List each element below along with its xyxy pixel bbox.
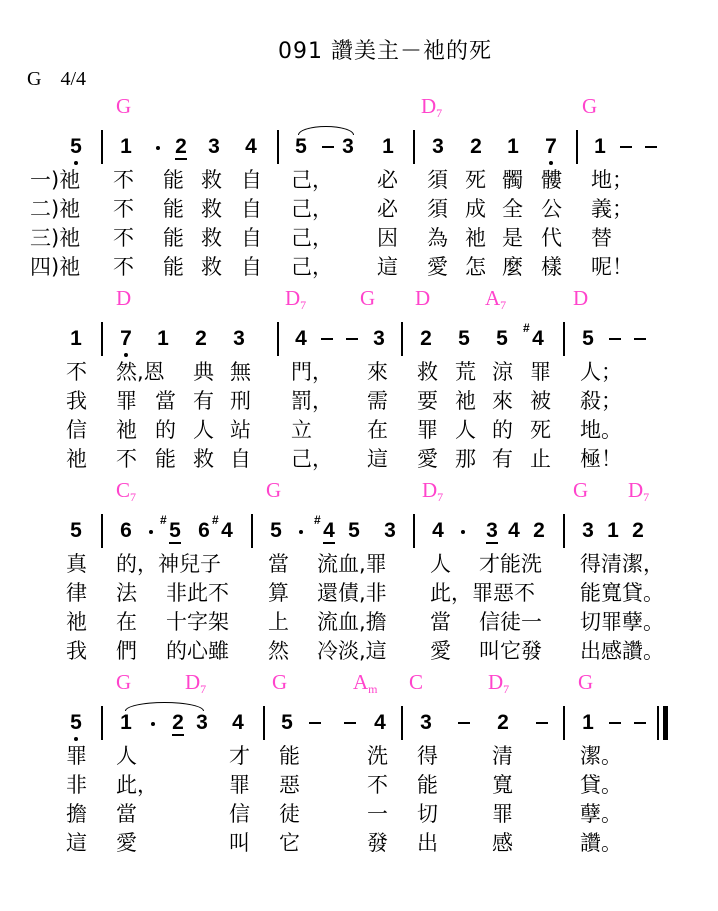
- lyric-verse-4: 愛: [116, 833, 137, 854]
- note-digit: 3: [582, 519, 594, 542]
- lyric-verse-3: 立: [291, 420, 312, 441]
- note: 2: [495, 712, 511, 733]
- lyric-verse-4: 能: [155, 449, 176, 470]
- chord-root: C: [409, 670, 423, 694]
- chord-root: A: [353, 670, 368, 694]
- lyric-verse-1: 能: [163, 170, 184, 191]
- lyric-verse-3: 上: [268, 612, 289, 633]
- tie-slur: [125, 702, 204, 711]
- note: 3: [418, 712, 434, 733]
- chord-symbol: D7: [185, 672, 206, 695]
- lyric-verse-4: 呢！: [591, 257, 633, 278]
- note-digit: 2: [420, 327, 432, 350]
- note: 2: [418, 328, 434, 349]
- chord-symbol: G: [578, 672, 593, 693]
- note: 4#: [530, 328, 546, 349]
- lyric-verse-2: 需: [367, 391, 388, 412]
- lyric-verse-2: 必: [377, 199, 398, 220]
- note: 2: [170, 712, 186, 733]
- final-barline-thin: [657, 706, 659, 740]
- note-digit: 3: [432, 135, 444, 158]
- note: 1: [118, 136, 134, 157]
- lyric-verse-1: 自: [241, 170, 262, 191]
- note-digit: 1: [607, 519, 619, 542]
- note: 1: [592, 136, 608, 157]
- chord-root: G: [360, 286, 375, 310]
- lyric-verse-1: 須: [427, 170, 448, 191]
- dotted-rhythm: [151, 722, 155, 726]
- note: 3: [194, 712, 210, 733]
- barline: [413, 514, 415, 548]
- note: 5: [279, 712, 295, 733]
- lyric-verse-4: 這: [66, 833, 87, 854]
- lyric-verse-1: 人: [430, 554, 451, 575]
- barline: [263, 706, 265, 740]
- lyric-verse-4: 它: [279, 833, 300, 854]
- note-digit: 6: [198, 519, 210, 542]
- note-digit: 5: [70, 519, 82, 542]
- lyric-verse-3: 能: [163, 228, 184, 249]
- chord-root: D: [573, 286, 588, 310]
- lyric-verse-3: 信徒一: [479, 612, 542, 633]
- chord-root: D: [116, 286, 131, 310]
- note: 3: [340, 136, 356, 157]
- note: 4: [230, 712, 246, 733]
- note: 2: [193, 328, 209, 349]
- note: 5: [293, 136, 309, 157]
- lyric-verse-3: 擔: [66, 804, 87, 825]
- lyric-verse-3: 死: [530, 420, 551, 441]
- lyric-verse-2: 此，罪惡不: [430, 583, 535, 604]
- lyric-verse-3: 信: [229, 804, 250, 825]
- dotted-rhythm: [156, 146, 160, 150]
- barline: [277, 322, 279, 356]
- lyric-verse-2: 救: [201, 199, 222, 220]
- sustain-dash: [634, 722, 646, 724]
- lyric-verse-2: 祂: [455, 391, 476, 412]
- chord-symbol: G: [266, 480, 281, 501]
- note-digit: 3: [196, 711, 208, 734]
- note-digit: 5: [70, 135, 82, 158]
- lyric-verse-4: 能: [163, 257, 184, 278]
- chord-symbol: G: [116, 672, 131, 693]
- chord-symbol: G: [272, 672, 287, 693]
- lyric-verse-2: 當: [155, 391, 176, 412]
- chord-symbol: D7: [628, 480, 649, 503]
- lyric-verse-3: 信: [66, 420, 87, 441]
- chord-extension: m: [368, 682, 377, 696]
- note: 4#: [219, 520, 235, 541]
- note: 3: [231, 328, 247, 349]
- lyric-verse-3: 徒: [279, 804, 300, 825]
- note-digit: 3: [384, 519, 396, 542]
- note: 4: [430, 520, 446, 541]
- lyric-verse-4: 出: [417, 833, 438, 854]
- lyric-verse-2: 刑: [230, 391, 251, 412]
- note-digit: 5: [295, 135, 307, 158]
- lyric-verse-3: 不: [113, 228, 134, 249]
- chord-root: D: [421, 94, 436, 118]
- note-digit: 1: [582, 711, 594, 734]
- lyric-verse-1: 典: [193, 362, 214, 383]
- note-digit: 4: [245, 135, 257, 158]
- chord-extension: 7: [503, 682, 509, 696]
- lyric-verse-1: 然,恩: [116, 362, 165, 383]
- note-digit: 1: [120, 135, 132, 158]
- note: 6: [196, 520, 212, 541]
- lyric-verse-1: 救: [201, 170, 222, 191]
- lyric-verse-2: 貸。: [580, 775, 622, 796]
- chord-symbol: A7: [485, 288, 506, 311]
- lyric-verse-1: 罪: [66, 746, 87, 767]
- lyric-verse-3: 祂: [66, 612, 87, 633]
- lyric-verse-4: 不: [113, 257, 134, 278]
- lyric-verse-4: 冷淡,這: [317, 641, 387, 662]
- note: 1: [605, 520, 621, 541]
- note: 3: [580, 520, 596, 541]
- lyric-verse-4: 那: [455, 449, 476, 470]
- lyric-verse-4: 愛: [427, 257, 448, 278]
- lyric-verse-1: 荒: [455, 362, 476, 383]
- lyric-verse-4: 不: [116, 449, 137, 470]
- lyric-verse-1: 的，神兒子: [116, 554, 221, 575]
- sustain-dash: [620, 146, 632, 148]
- lyric-verse-3: 罪: [492, 804, 513, 825]
- lyric-verse-2: 義；: [591, 199, 633, 220]
- lyric-verse-3: 切罪孽。: [580, 612, 664, 633]
- lyric-verse-4: 四)祂: [30, 257, 80, 278]
- chord-symbol: D7: [421, 96, 442, 119]
- note-digit: 7: [545, 135, 557, 158]
- lyric-verse-3: 地。: [580, 420, 622, 441]
- lyric-verse-2: 還債,非: [317, 583, 387, 604]
- lyric-verse-3: 流血,擔: [317, 612, 387, 633]
- lyric-verse-3: 己，: [291, 228, 333, 249]
- note: 3: [371, 328, 387, 349]
- note-digit: 1: [382, 135, 394, 158]
- note-digit: 2: [172, 711, 184, 734]
- lyric-verse-4: 感: [492, 833, 513, 854]
- note-digit: 2: [175, 135, 187, 158]
- lyric-verse-2: 能寬貸。: [580, 583, 664, 604]
- lyric-verse-4: 然: [268, 641, 289, 662]
- lyric-verse-4: 極！: [580, 449, 622, 470]
- lyric-verse-1: 髏: [541, 170, 562, 191]
- lyric-verse-1: 死: [465, 170, 486, 191]
- chord-root: G: [578, 670, 593, 694]
- note: 3: [382, 520, 398, 541]
- note: 4: [293, 328, 309, 349]
- note-digit: 4: [374, 711, 386, 734]
- note: 4: [506, 520, 522, 541]
- lyric-verse-2: 二)祂: [30, 199, 80, 220]
- lyric-verse-4: 樣: [541, 257, 562, 278]
- tie-slur: [298, 126, 354, 135]
- chord-root: G: [582, 94, 597, 118]
- chord-extension: 7: [436, 106, 442, 120]
- lyric-verse-2: 寬: [492, 775, 513, 796]
- lyric-verse-2: 能: [417, 775, 438, 796]
- chord-symbol: D7: [422, 480, 443, 503]
- note-digit: 4: [508, 519, 520, 542]
- lyric-verse-2: 罪: [116, 391, 137, 412]
- sharp-sign: #: [314, 514, 321, 526]
- lyric-verse-2: 全: [502, 199, 523, 220]
- note-digit: 5: [582, 327, 594, 350]
- lyric-verse-1: 無: [230, 362, 251, 383]
- barline: [251, 514, 253, 548]
- lyric-verse-1: 潔。: [580, 746, 622, 767]
- lyric-verse-2: 能: [163, 199, 184, 220]
- note: 2: [630, 520, 646, 541]
- dotted-rhythm: [461, 530, 465, 534]
- note-digit: 1: [594, 135, 606, 158]
- lyric-verse-4: 麼: [502, 257, 523, 278]
- lyric-verse-4: 愛: [430, 641, 451, 662]
- lyric-verse-1: 能: [279, 746, 300, 767]
- lyric-verse-3: 祂: [465, 228, 486, 249]
- lyric-verse-4: 我: [66, 641, 87, 662]
- note-digit: 5: [281, 711, 293, 734]
- barline: [413, 130, 415, 164]
- lyric-verse-2: 來: [492, 391, 513, 412]
- lyric-verse-4: 救: [201, 257, 222, 278]
- barline: [563, 514, 565, 548]
- note-digit: 1: [70, 327, 82, 350]
- chord-symbol: D: [573, 288, 588, 309]
- lyric-verse-1: 必: [377, 170, 398, 191]
- sustain-dash: [322, 146, 334, 148]
- note-digit: 5: [348, 519, 360, 542]
- lyric-verse-2: 非: [66, 775, 87, 796]
- note-digit: 4: [532, 327, 544, 350]
- lyric-verse-3: 當: [430, 612, 451, 633]
- note-digit: 1: [120, 711, 132, 734]
- lyric-verse-3: 自: [241, 228, 262, 249]
- lyric-verse-4: 自: [230, 449, 251, 470]
- note: 5: [268, 520, 284, 541]
- chord-root: G: [272, 670, 287, 694]
- note-digit: 2: [195, 327, 207, 350]
- note: 1: [155, 328, 171, 349]
- note: 5: [68, 520, 84, 541]
- chord-root: D: [415, 286, 430, 310]
- lyric-verse-2: 不: [113, 199, 134, 220]
- note-digit: 3: [373, 327, 385, 350]
- note-digit: 4: [232, 711, 244, 734]
- lyric-verse-4: 己，: [291, 257, 333, 278]
- lyric-verse-3: 三)祂: [30, 228, 80, 249]
- sustain-dash: [458, 722, 470, 724]
- note: 7: [118, 328, 134, 349]
- lyric-verse-2: 算: [268, 583, 289, 604]
- barline: [576, 130, 578, 164]
- chord-symbol: C: [409, 672, 423, 693]
- chord-symbol: D: [415, 288, 430, 309]
- note: 5#: [167, 520, 183, 541]
- lyric-verse-1: 得清潔，: [580, 554, 664, 575]
- lyric-verse-2: 須: [427, 199, 448, 220]
- lyric-verse-1: 才能洗: [479, 554, 542, 575]
- lyric-verse-2: 我: [66, 391, 87, 412]
- lyric-verse-1: 人: [116, 746, 137, 767]
- lyric-verse-4: 叫它發: [479, 641, 542, 662]
- note-digit: 4: [432, 519, 444, 542]
- dotted-rhythm: [299, 530, 303, 534]
- note-digit: 2: [497, 711, 509, 734]
- lyric-verse-3: 的: [492, 420, 513, 441]
- lyric-verse-2: 罰，: [291, 391, 333, 412]
- chord-symbol: G: [582, 96, 597, 117]
- lyric-verse-1: 髑: [502, 170, 523, 191]
- note: 5: [68, 136, 84, 157]
- chord-root: D: [285, 286, 300, 310]
- note: 4: [243, 136, 259, 157]
- lyric-verse-4: 祂: [66, 449, 87, 470]
- barline: [101, 130, 103, 164]
- lyric-verse-2: 律: [66, 583, 87, 604]
- lyric-verse-1: 不: [113, 170, 134, 191]
- barline: [563, 706, 565, 740]
- lyric-verse-4: 叫: [229, 833, 250, 854]
- lyric-verse-3: 救: [201, 228, 222, 249]
- lyric-verse-2: 公: [541, 199, 562, 220]
- chord-extension: 7: [130, 490, 136, 504]
- note-digit: 4: [323, 519, 335, 542]
- lyric-verse-3: 當: [116, 804, 137, 825]
- note: 1: [68, 328, 84, 349]
- lyric-verse-3: 罪: [417, 420, 438, 441]
- chord-root: D: [628, 478, 643, 502]
- lyric-verse-1: 流血,罪: [317, 554, 387, 575]
- note: 5: [456, 328, 472, 349]
- lyric-verse-1: 救: [417, 362, 438, 383]
- note-digit: 5: [70, 711, 82, 734]
- note-digit: 1: [157, 327, 169, 350]
- note: 5: [68, 712, 84, 733]
- lyric-verse-3: 代: [541, 228, 562, 249]
- lyric-verse-2: 自: [241, 199, 262, 220]
- lyric-verse-3: 在: [367, 420, 388, 441]
- note-digit: 4: [295, 327, 307, 350]
- lyric-verse-1: 得: [417, 746, 438, 767]
- lyric-verse-3: 祂: [116, 420, 137, 441]
- lyric-verse-1: 清: [492, 746, 513, 767]
- chord-symbol: Am: [353, 672, 378, 695]
- sharp-sign: #: [160, 514, 167, 526]
- lyric-verse-1: 一)祂: [30, 170, 80, 191]
- sustain-dash: [536, 722, 548, 724]
- chord-extension: 7: [437, 490, 443, 504]
- note-digit: 3: [342, 135, 354, 158]
- final-barline-thick: [663, 706, 668, 740]
- sustain-dash: [346, 338, 358, 340]
- lyric-verse-1: 才: [229, 746, 250, 767]
- note: 4#: [321, 520, 337, 541]
- lyric-verse-1: 當: [268, 554, 289, 575]
- lyric-verse-3: 十字架: [166, 612, 229, 633]
- chord-extension: 7: [200, 682, 206, 696]
- chord-extension: 7: [300, 298, 306, 312]
- note-digit: 1: [507, 135, 519, 158]
- lyric-verse-2: 惡: [279, 775, 300, 796]
- note: 2: [531, 520, 547, 541]
- note-digit: 5: [458, 327, 470, 350]
- lyric-verse-4: 讚。: [580, 833, 622, 854]
- sustain-dash: [609, 722, 621, 724]
- key-time-signature: G 4/4: [27, 68, 86, 91]
- note: 2: [468, 136, 484, 157]
- lyric-verse-1: 己，: [291, 170, 333, 191]
- lyric-verse-3: 人: [193, 420, 214, 441]
- lyric-verse-3: 為: [427, 228, 448, 249]
- lyric-verse-4: 己，: [291, 449, 333, 470]
- note-digit: 3: [420, 711, 432, 734]
- sharp-sign: #: [523, 322, 530, 334]
- note-digit: 3: [233, 327, 245, 350]
- chord-symbol: C7: [116, 480, 136, 503]
- note: 2: [173, 136, 189, 157]
- lyric-verse-3: 孽。: [580, 804, 622, 825]
- chord-extension: 7: [643, 490, 649, 504]
- lyric-verse-2: 罪: [229, 775, 250, 796]
- lyric-verse-4: 愛: [417, 449, 438, 470]
- note-digit: 2: [632, 519, 644, 542]
- lyric-verse-2: 法: [116, 583, 137, 604]
- chord-symbol: G: [360, 288, 375, 309]
- lyric-verse-4: 這: [377, 257, 398, 278]
- note-digit: 2: [470, 135, 482, 158]
- note: 3: [206, 136, 222, 157]
- note: 1: [380, 136, 396, 157]
- lyric-verse-3: 因: [377, 228, 398, 249]
- chord-root: A: [485, 286, 500, 310]
- note-digit: 6: [120, 519, 132, 542]
- note-digit: 3: [486, 519, 498, 542]
- lyric-verse-2: 有: [193, 391, 214, 412]
- note: 3: [484, 520, 500, 541]
- chord-symbol: G: [573, 480, 588, 501]
- barline: [101, 322, 103, 356]
- lyric-verse-4: 們: [116, 641, 137, 662]
- lyric-verse-2: 此，: [116, 775, 158, 796]
- sustain-dash: [645, 146, 657, 148]
- sharp-sign: #: [212, 514, 219, 526]
- chord-root: G: [266, 478, 281, 502]
- note: 7: [543, 136, 559, 157]
- chord-root: G: [116, 94, 131, 118]
- chord-root: G: [116, 670, 131, 694]
- lyric-verse-3: 的: [155, 420, 176, 441]
- lyric-verse-4: 出感讚。: [580, 641, 664, 662]
- note-digit: 5: [496, 327, 508, 350]
- lyric-verse-3: 站: [230, 420, 251, 441]
- lyric-verse-1: 真: [66, 554, 87, 575]
- lyric-verse-2: 殺；: [580, 391, 622, 412]
- lyric-verse-4: 怎: [465, 257, 486, 278]
- sustain-dash: [634, 338, 646, 340]
- note-digit: 4: [221, 519, 233, 542]
- chord-symbol: D7: [488, 672, 509, 695]
- lyric-verse-1: 涼: [492, 362, 513, 383]
- barline: [277, 130, 279, 164]
- lyric-verse-3: 在: [116, 612, 137, 633]
- lyric-verse-3: 替: [591, 228, 612, 249]
- chord-root: D: [185, 670, 200, 694]
- chord-root: D: [488, 670, 503, 694]
- note: 5: [494, 328, 510, 349]
- lyric-verse-4: 這: [367, 449, 388, 470]
